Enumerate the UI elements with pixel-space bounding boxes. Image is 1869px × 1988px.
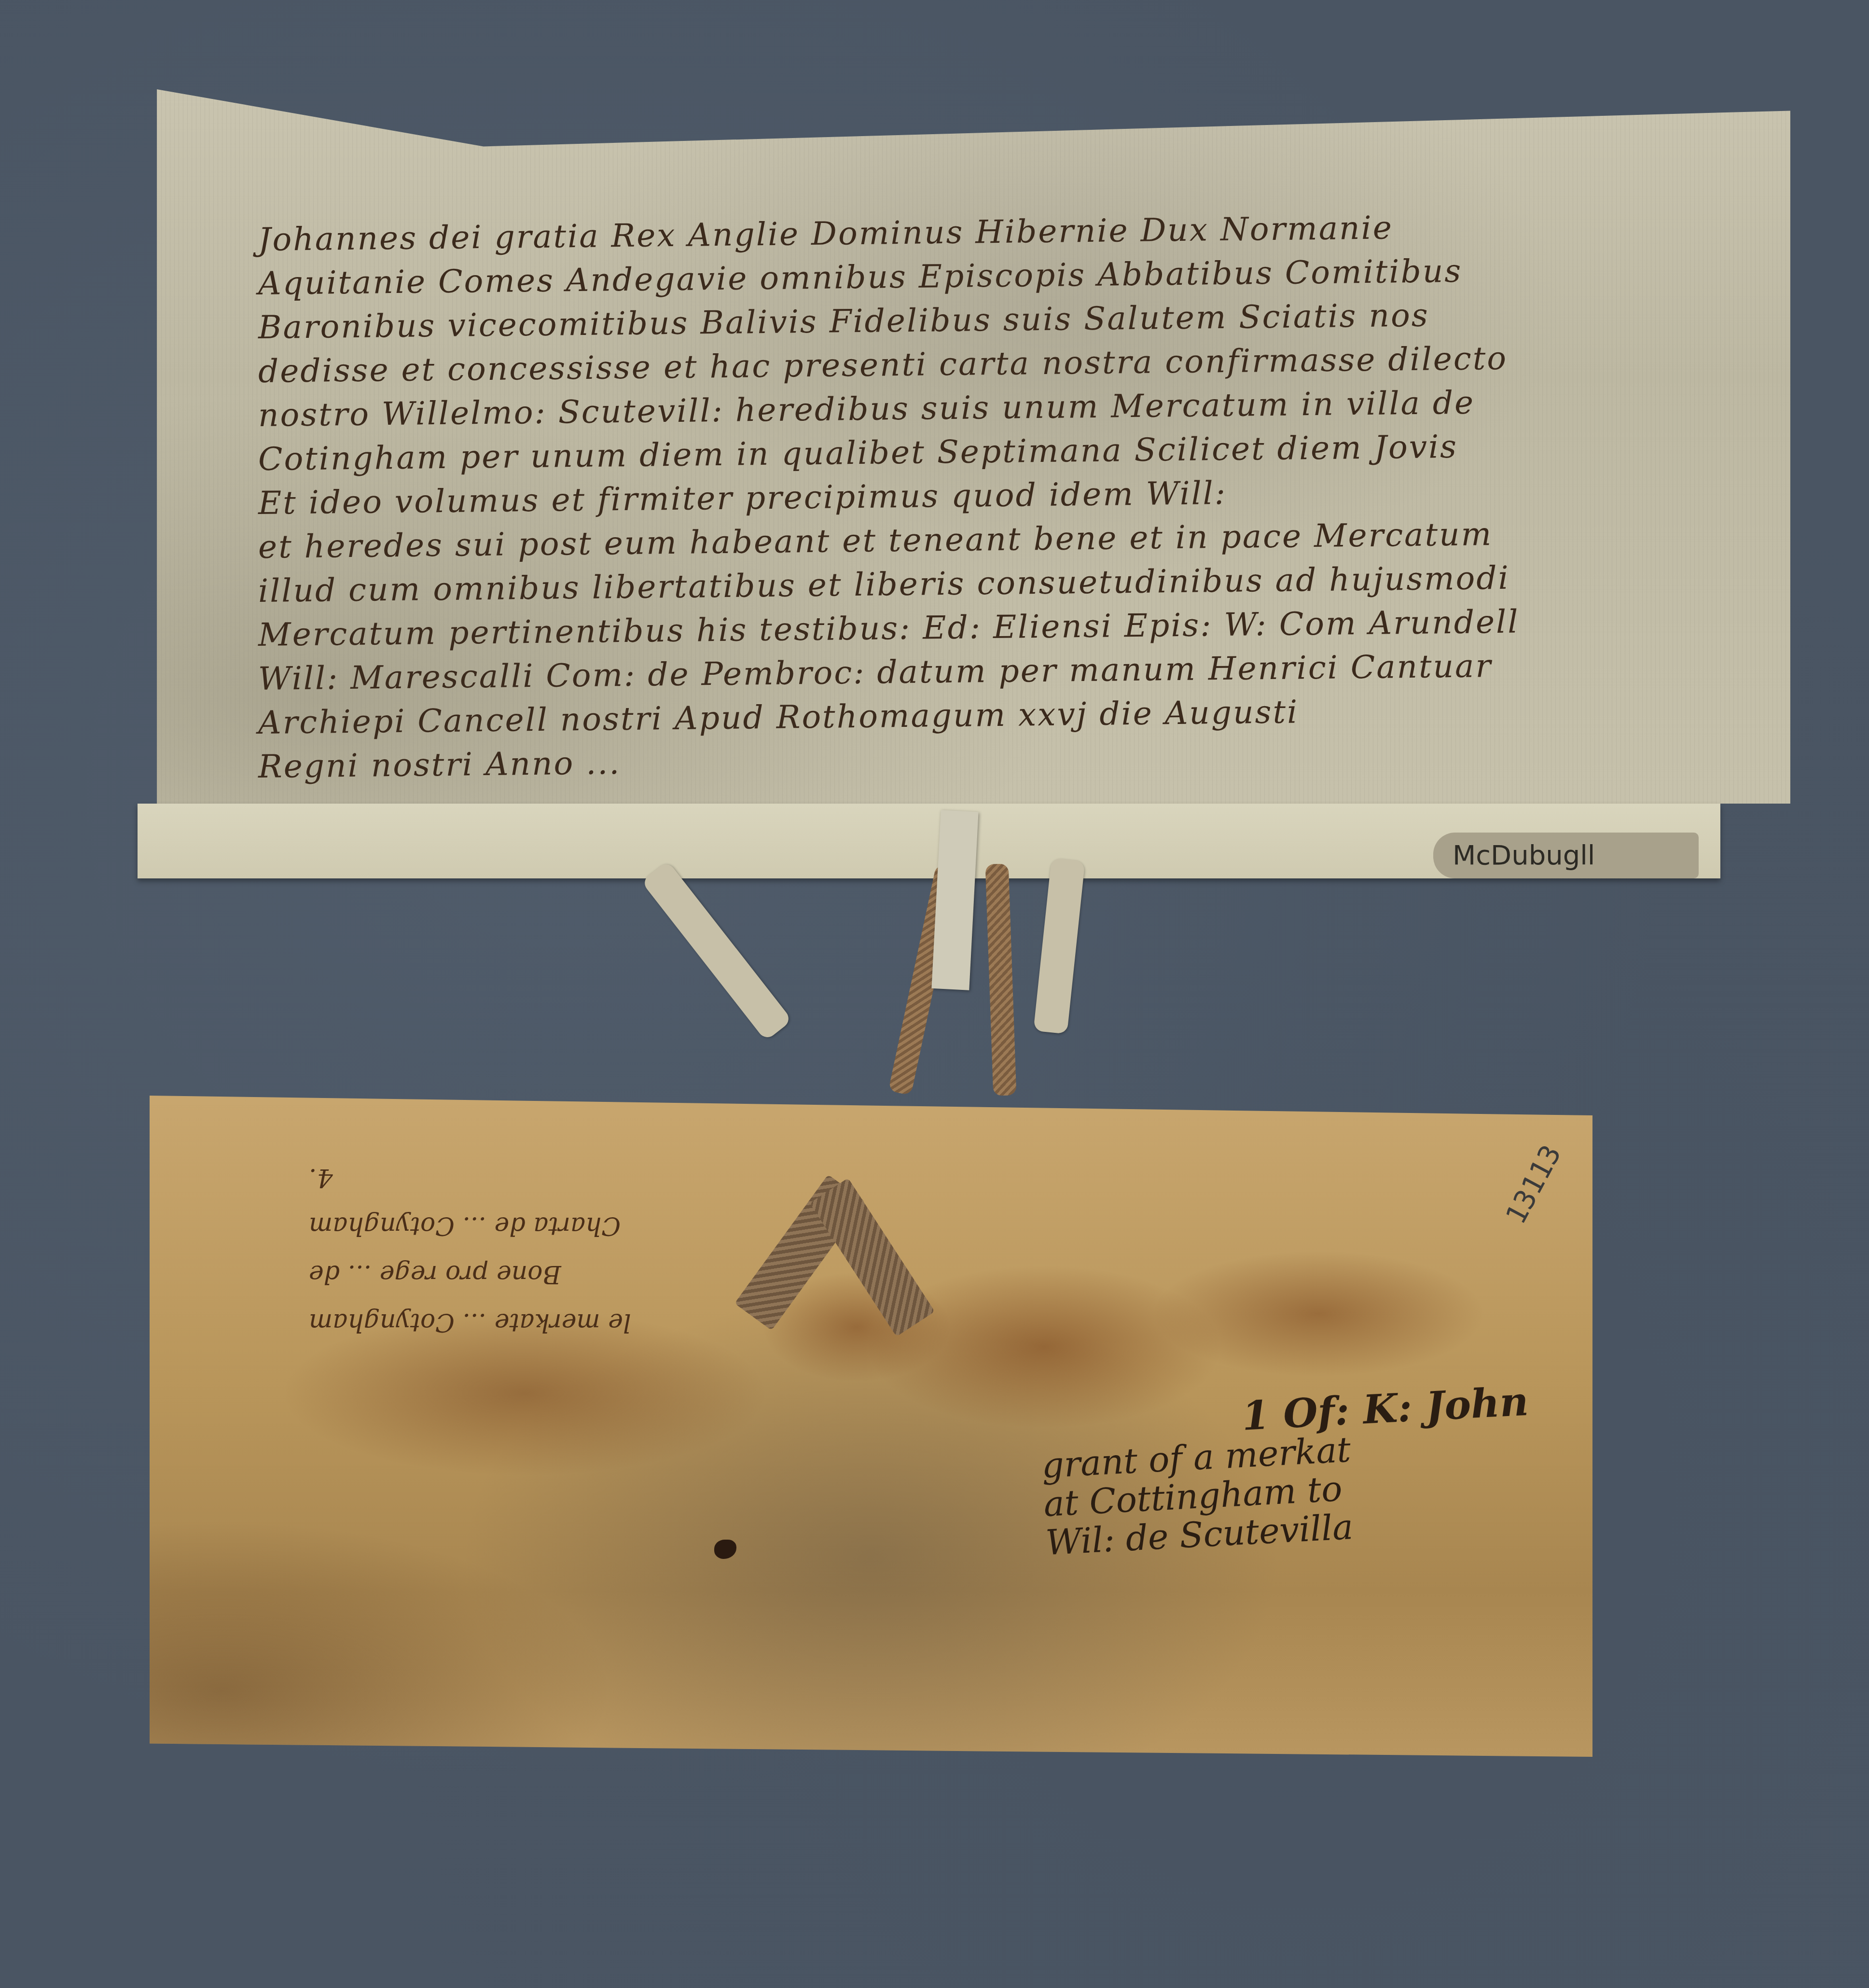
shelfmark: 13113 — [1499, 1140, 1567, 1229]
archive-label: McDubugll — [1433, 833, 1699, 878]
charter-text: Johannes dei gratia Rex Anglie Dominus H… — [258, 210, 1730, 781]
ink-blot — [714, 1540, 736, 1559]
parchment-tie-left — [641, 861, 792, 1041]
note-line: 4. — [309, 1154, 705, 1202]
note-line: Bone pro rege ... de — [309, 1250, 705, 1298]
parchment-tie-right — [1033, 858, 1085, 1034]
inverted-endorsement: le merkate ... Cotyngham Bone pro rege .… — [309, 1154, 705, 1347]
silk-cord-right — [985, 863, 1017, 1096]
note-line: le merkate ... Cotyngham — [309, 1298, 705, 1347]
note-line: Charta de ... Cotyngham — [309, 1202, 705, 1250]
seal-cord-loop-right — [810, 1178, 935, 1337]
wrapper-parchment: le merkate ... Cotyngham Bone pro rege .… — [150, 1096, 1592, 1757]
charter-parchment: Johannes dei gratia Rex Anglie Dominus H… — [157, 89, 1790, 804]
endorsement: 1 Of: K: John grant of a merkat at Cotti… — [1038, 1382, 1535, 1562]
